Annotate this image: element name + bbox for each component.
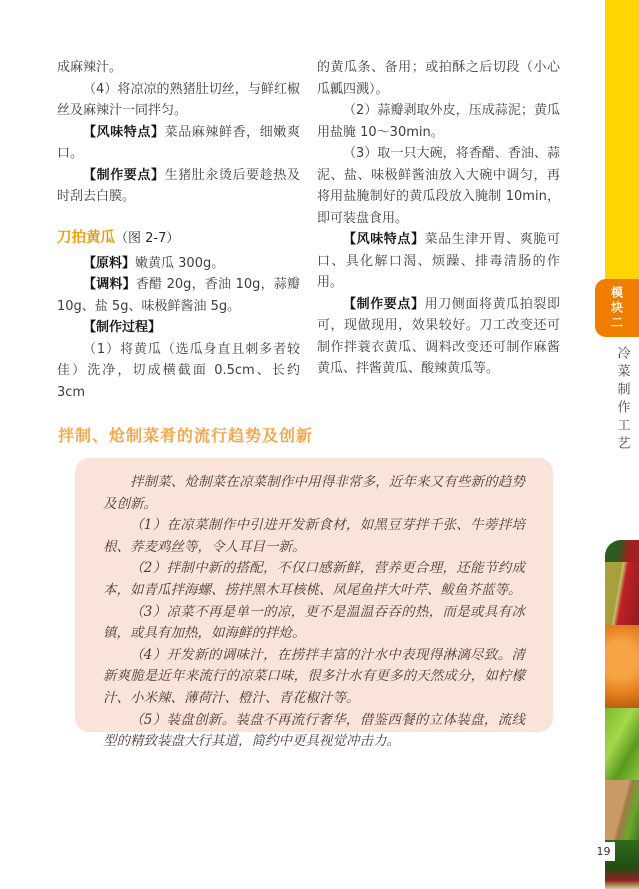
- paragraph-seasoning: 【调料】香醋 20g，香油 10g，蒜瓣 10g、盐 5g、味极鲜酱油 5g。: [57, 274, 300, 317]
- box-paragraph: （2）拌制中新的搭配，不仅口感新鲜，营养更合理，还能节约成本，如青瓜拌海螺、捞拌…: [103, 558, 525, 601]
- photo-segment: [605, 708, 639, 780]
- paragraph-flavor: 【风味特点】菜品麻辣鲜香，细嫩爽口。: [57, 122, 300, 165]
- flavor-label: 【风味特点】: [83, 125, 165, 140]
- seasoning-label: 【调料】: [83, 277, 136, 292]
- sidebar-yellow-bar: [605, 0, 639, 279]
- flavor-label: 【风味特点】: [343, 232, 425, 247]
- photo-segment: [605, 625, 639, 708]
- paragraph-key-points: 【制作要点】用刀侧面将黄瓜拍裂即可，现做现用，效果较好。刀工改变还可制作拌蓑衣黄…: [317, 294, 560, 380]
- photo-segment: [605, 780, 639, 840]
- key-points-label: 【制作要点】: [343, 297, 425, 312]
- module-subtitle-label: 冷菜制作工艺: [613, 346, 632, 454]
- key-points-label: 【制作要点】: [83, 168, 165, 183]
- paragraph-key-points: 【制作要点】生猪肚汆烫后要趁热及时刮去白膜。: [57, 165, 300, 208]
- dish-title: 刀拍黄瓜: [57, 230, 115, 246]
- box-paragraph: 拌制菜、炝制菜在凉菜制作中用得非常多，近年来又有些新的趋势及创新。: [103, 472, 525, 515]
- dish-heading: 刀拍黄瓜（图 2-7）: [57, 227, 300, 250]
- box-paragraph: （4）开发新的调味汁，在捞拌丰富的汁水中表现得淋漓尽致。清新爽脆是近年来流行的凉…: [103, 645, 525, 710]
- book-page: 成麻辣汁。 （4）将凉凉的熟猪肚切丝，与鲜红椒丝及麻辣汁一同拌匀。 【风味特点】…: [0, 0, 639, 889]
- left-text-column: 成麻辣汁。 （4）将凉凉的熟猪肚切丝，与鲜红椒丝及麻辣汁一同拌匀。 【风味特点】…: [57, 57, 300, 403]
- box-paragraph: （3）凉菜不再是单一的凉，更不是温温吞吞的热，而是或具有冰镇，或具有加热，如海鲜…: [103, 602, 525, 645]
- paragraph-process-label: 【制作过程】: [57, 317, 300, 339]
- paragraph-continuation: 成麻辣汁。: [57, 57, 300, 79]
- paragraph-step3: （3）取一只大碗，将香醋、香油、蒜泥、盐、味极鲜酱油放入大碗中调匀，再将用盐腌制…: [317, 143, 560, 229]
- paragraph-step2: （2）蒜瓣剥取外皮，压成蒜泥；黄瓜用盐腌 10～30min。: [317, 100, 560, 143]
- paragraph-flavor: 【风味特点】菜品生津开胃、爽脆可口、具化解口渴、烦躁、排毒清肠的作用。: [317, 229, 560, 294]
- right-text-column: 的黄瓜条、备用；或拍酥之后切段（小心瓜瓤四溅）。 （2）蒜瓣剥取外皮，压成蒜泥；…: [317, 57, 560, 380]
- box-paragraph: （5）装盘创新。装盘不再流行奢华，借鉴西餐的立体装盘，流线型的精致装盘大行其道，…: [103, 710, 525, 753]
- paragraph-step4: （4）将凉凉的熟猪肚切丝，与鲜红椒丝及麻辣汁一同拌匀。: [57, 79, 300, 122]
- module-subtitle: 冷菜制作工艺: [605, 346, 639, 454]
- page-number: 19: [592, 842, 615, 861]
- box-paragraph: （1）在凉菜制作中引进开发新食材，如黑豆芽拌千张、牛蒡拌培根、荞麦鸡丝等，令人耳…: [103, 515, 525, 558]
- ingredients-text: 嫩黄瓜 300g。: [135, 256, 224, 271]
- section-heading: 拌制、炝制菜肴的流行趋势及创新: [58, 423, 313, 446]
- paragraph-step1-continued: 的黄瓜条、备用；或拍酥之后切段（小心瓜瓤四溅）。: [317, 57, 560, 100]
- module-tab-label: 模块二: [609, 286, 626, 331]
- paragraph-step1: （1）将黄瓜（选瓜身直且刺多者较佳）洗净，切成横截面 0.5cm、长约 3cm: [57, 339, 300, 404]
- module-tab: 模块二: [595, 279, 639, 337]
- dish-figure-ref: （图 2-7）: [115, 231, 179, 246]
- ingredients-label: 【原料】: [83, 256, 135, 271]
- process-label: 【制作过程】: [83, 320, 161, 335]
- paragraph-ingredients: 【原料】嫩黄瓜 300g。: [57, 253, 300, 275]
- photo-segment: [605, 562, 639, 625]
- trend-highlight-box: 拌制菜、炝制菜在凉菜制作中用得非常多，近年来又有些新的趋势及创新。 （1）在凉菜…: [75, 458, 553, 732]
- photo-segment: [605, 540, 639, 562]
- vegetables-photo: [605, 540, 639, 889]
